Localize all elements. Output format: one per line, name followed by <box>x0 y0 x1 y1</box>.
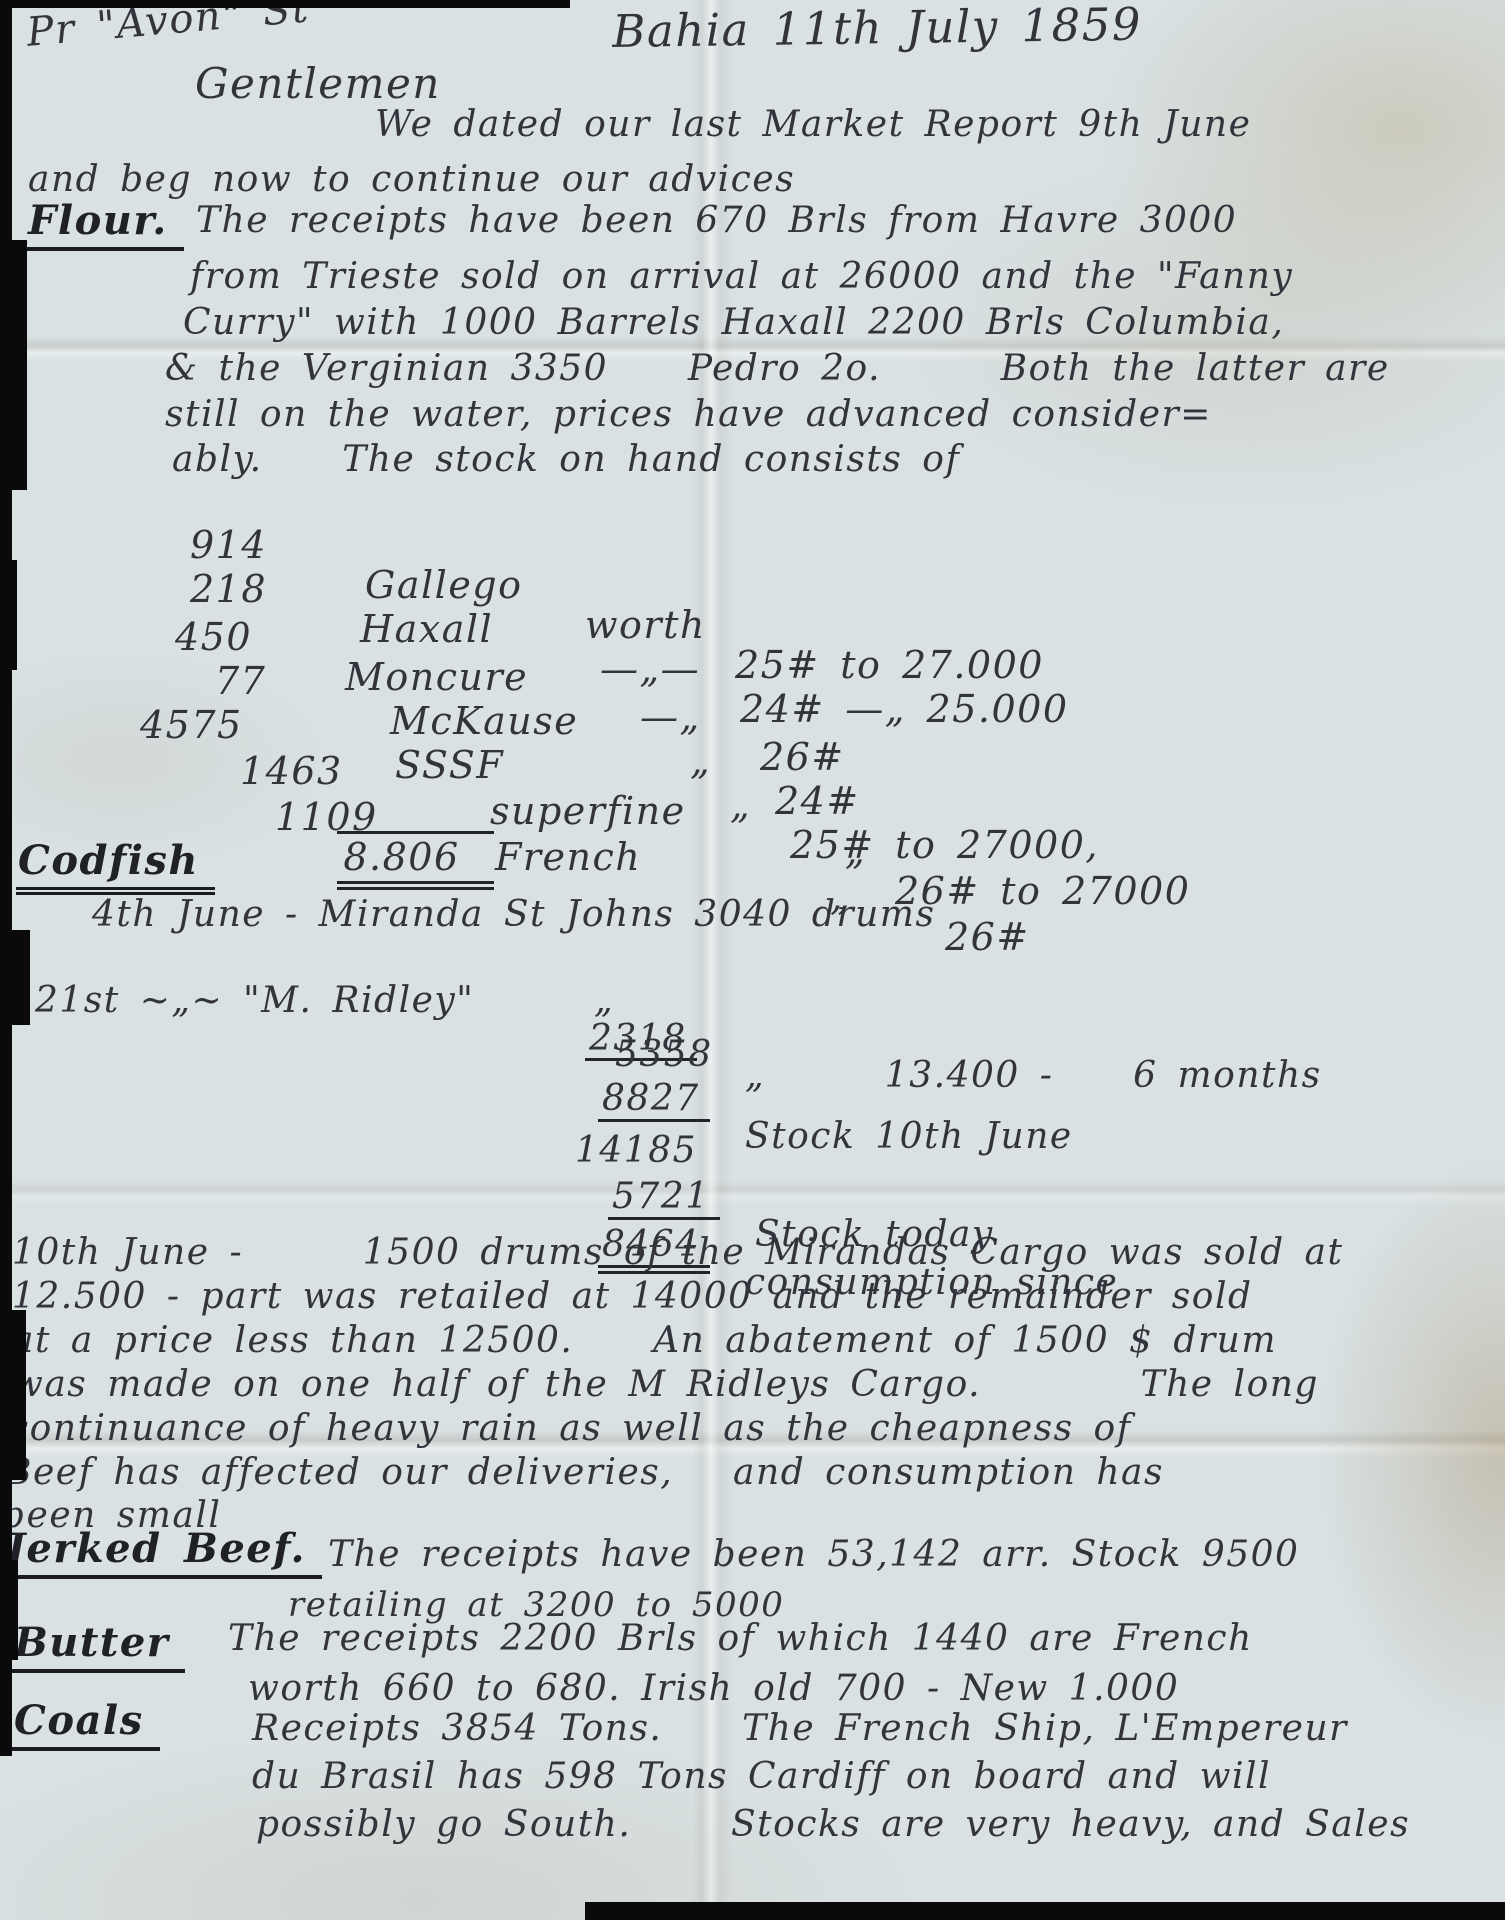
section-heading-jerked-beef: Jerked Beef. <box>4 1528 322 1570</box>
stock-price: 26# to 27000 <box>895 872 1190 912</box>
codfish-sum-line: 8464 consumption since <box>0 1188 1505 1238</box>
flour-line: still on the water, prices have advanced… <box>165 396 1212 434</box>
scan-edge-left-notch <box>0 240 27 490</box>
codfish-paragraph-line: Beef has affected our deliveries, and co… <box>5 1454 1164 1492</box>
flour-line: & the Verginian 3350 Pedro 2o. Both the … <box>165 350 1390 388</box>
codfish-sum-line: 5721 Stock today <box>0 1140 1505 1190</box>
scan-edge-bottom <box>585 1902 1505 1920</box>
flour-line: The receipts have been 670 Brls from Hav… <box>196 202 1237 240</box>
codfish-arrival-line: 21st ~„~ "M. Ridley" „ 2318 „ 13.400 - 6… <box>0 944 1505 996</box>
scanned-letter: Pr "Avon" St Bahia 11th July 1859 Gentle… <box>0 0 1505 1920</box>
flour-line: from Trieste sold on arrival at 26000 an… <box>190 258 1293 296</box>
codfish-sum-line: 14185 <box>0 1094 1505 1140</box>
section-heading-codfish: Codfish <box>16 840 215 882</box>
codfish-paragraph-line: 10th June - 1500 drums of the Mirandas C… <box>12 1234 1344 1272</box>
flour-stock-row: 1463 superfine „ 26# to 27000 <box>0 712 1505 758</box>
scan-edge-left-notch <box>0 930 30 1025</box>
codfish-paragraph-line: continuance of heavy rain as well as the… <box>8 1410 1132 1448</box>
flour-line: Curry" with 1000 Barrels Haxall 2200 Brl… <box>183 304 1284 342</box>
flour-stock-row: 4575 SSSF „ 25# to 27000, <box>0 666 1505 712</box>
codfish-sum-line: 5358 <box>0 998 1505 1044</box>
jerked-beef-line: The receipts have been 53,142 arr. Stock… <box>328 1536 1299 1574</box>
dateline: Bahia 11th July 1859 <box>612 1 1142 56</box>
coals-line: possibly go South. Stocks are very heavy… <box>256 1806 1410 1844</box>
stock-price: 25# to 27000, <box>790 826 1099 866</box>
butter-line: The receipts 2200 Brls of which 1440 are… <box>228 1620 1253 1658</box>
flour-line: ably. The stock on hand consists of <box>172 441 960 479</box>
scan-edge-left-notch <box>0 560 17 670</box>
codfish-paragraph-line: at a price less than 12500. An abatement… <box>12 1322 1277 1360</box>
flour-stock-row: 1109 French „ 26# <box>0 758 1505 804</box>
flour-stock-row: 450 Moncure —„ 26# <box>0 578 1505 624</box>
coals-line: du Brasil has 598 Tons Cardiff on board … <box>252 1758 1271 1796</box>
intro-line: and beg now to continue our advices <box>28 161 795 199</box>
section-heading-coals: Coals <box>12 1700 160 1742</box>
section-heading-flour: Flour. <box>26 200 184 242</box>
codfish-paragraph-line: was made on one half of the M Ridleys Ca… <box>12 1366 1319 1404</box>
stock-ditto: „ <box>845 832 866 872</box>
scan-edge-left-notch <box>0 1560 18 1660</box>
coals-line: Receipts 3854 Tons. The French Ship, L'E… <box>252 1710 1348 1748</box>
intro-line: We dated our last Market Report 9th June <box>375 106 1251 144</box>
codfish-sum-line: 8827 Stock 10th June <box>0 1042 1505 1092</box>
flour-stock-row: 77 McKause „ 24# <box>0 622 1505 668</box>
salutation: Gentlemen <box>195 62 441 106</box>
codfish-arrival-line: 4th June - Miranda St Johns 3040 drums <box>92 896 935 934</box>
flour-stock-row: 914 Gallego worth 25# to 27.000 <box>0 486 1505 532</box>
flour-stock-row: 218 Haxall —„— 24# —„ 25.000 <box>0 530 1505 576</box>
stock-name: French <box>495 838 641 878</box>
scan-edge-top <box>0 0 570 8</box>
scan-edge-left-notch <box>0 1310 26 1480</box>
butter-line: worth 660 to 680. Irish old 700 - New 1.… <box>248 1670 1179 1708</box>
codfish-paragraph-line: 12.500 - part was retailed at 14000 and … <box>12 1278 1253 1316</box>
section-heading-butter: Butter <box>12 1622 185 1664</box>
